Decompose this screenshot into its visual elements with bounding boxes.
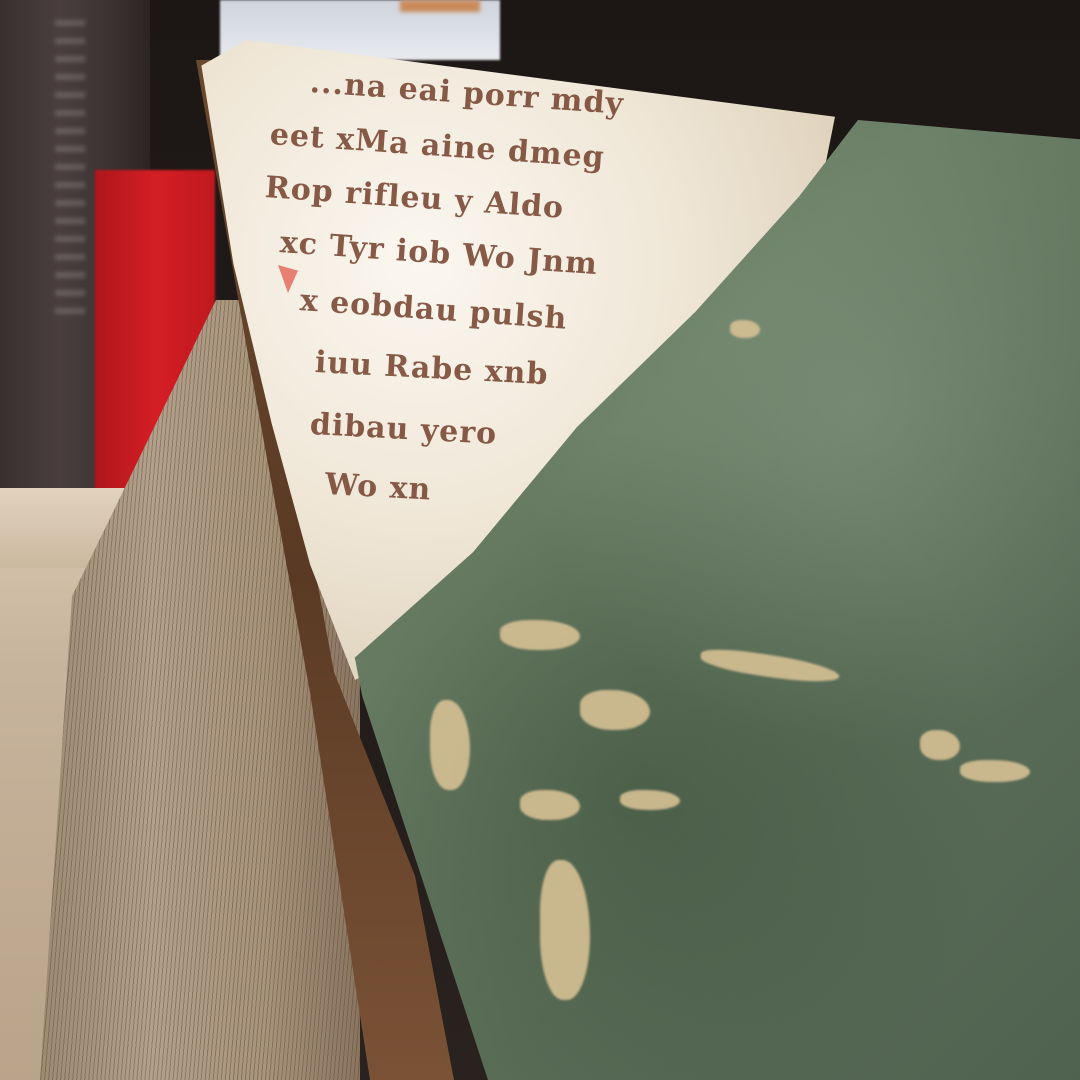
worn-patch bbox=[920, 730, 960, 760]
worn-patch bbox=[960, 760, 1030, 782]
worn-patch bbox=[520, 790, 580, 820]
photo-scene: ...na eai porr mdy eet xMa aine dmeg Rop… bbox=[0, 0, 1080, 1080]
worn-patch bbox=[620, 790, 680, 810]
worn-patch bbox=[580, 690, 650, 730]
worn-patch bbox=[730, 320, 760, 338]
manuscript-line: Wo xn bbox=[324, 467, 432, 508]
spine-lettering bbox=[55, 20, 85, 320]
background-orange-edge bbox=[400, 0, 480, 12]
worn-patch bbox=[500, 620, 580, 650]
